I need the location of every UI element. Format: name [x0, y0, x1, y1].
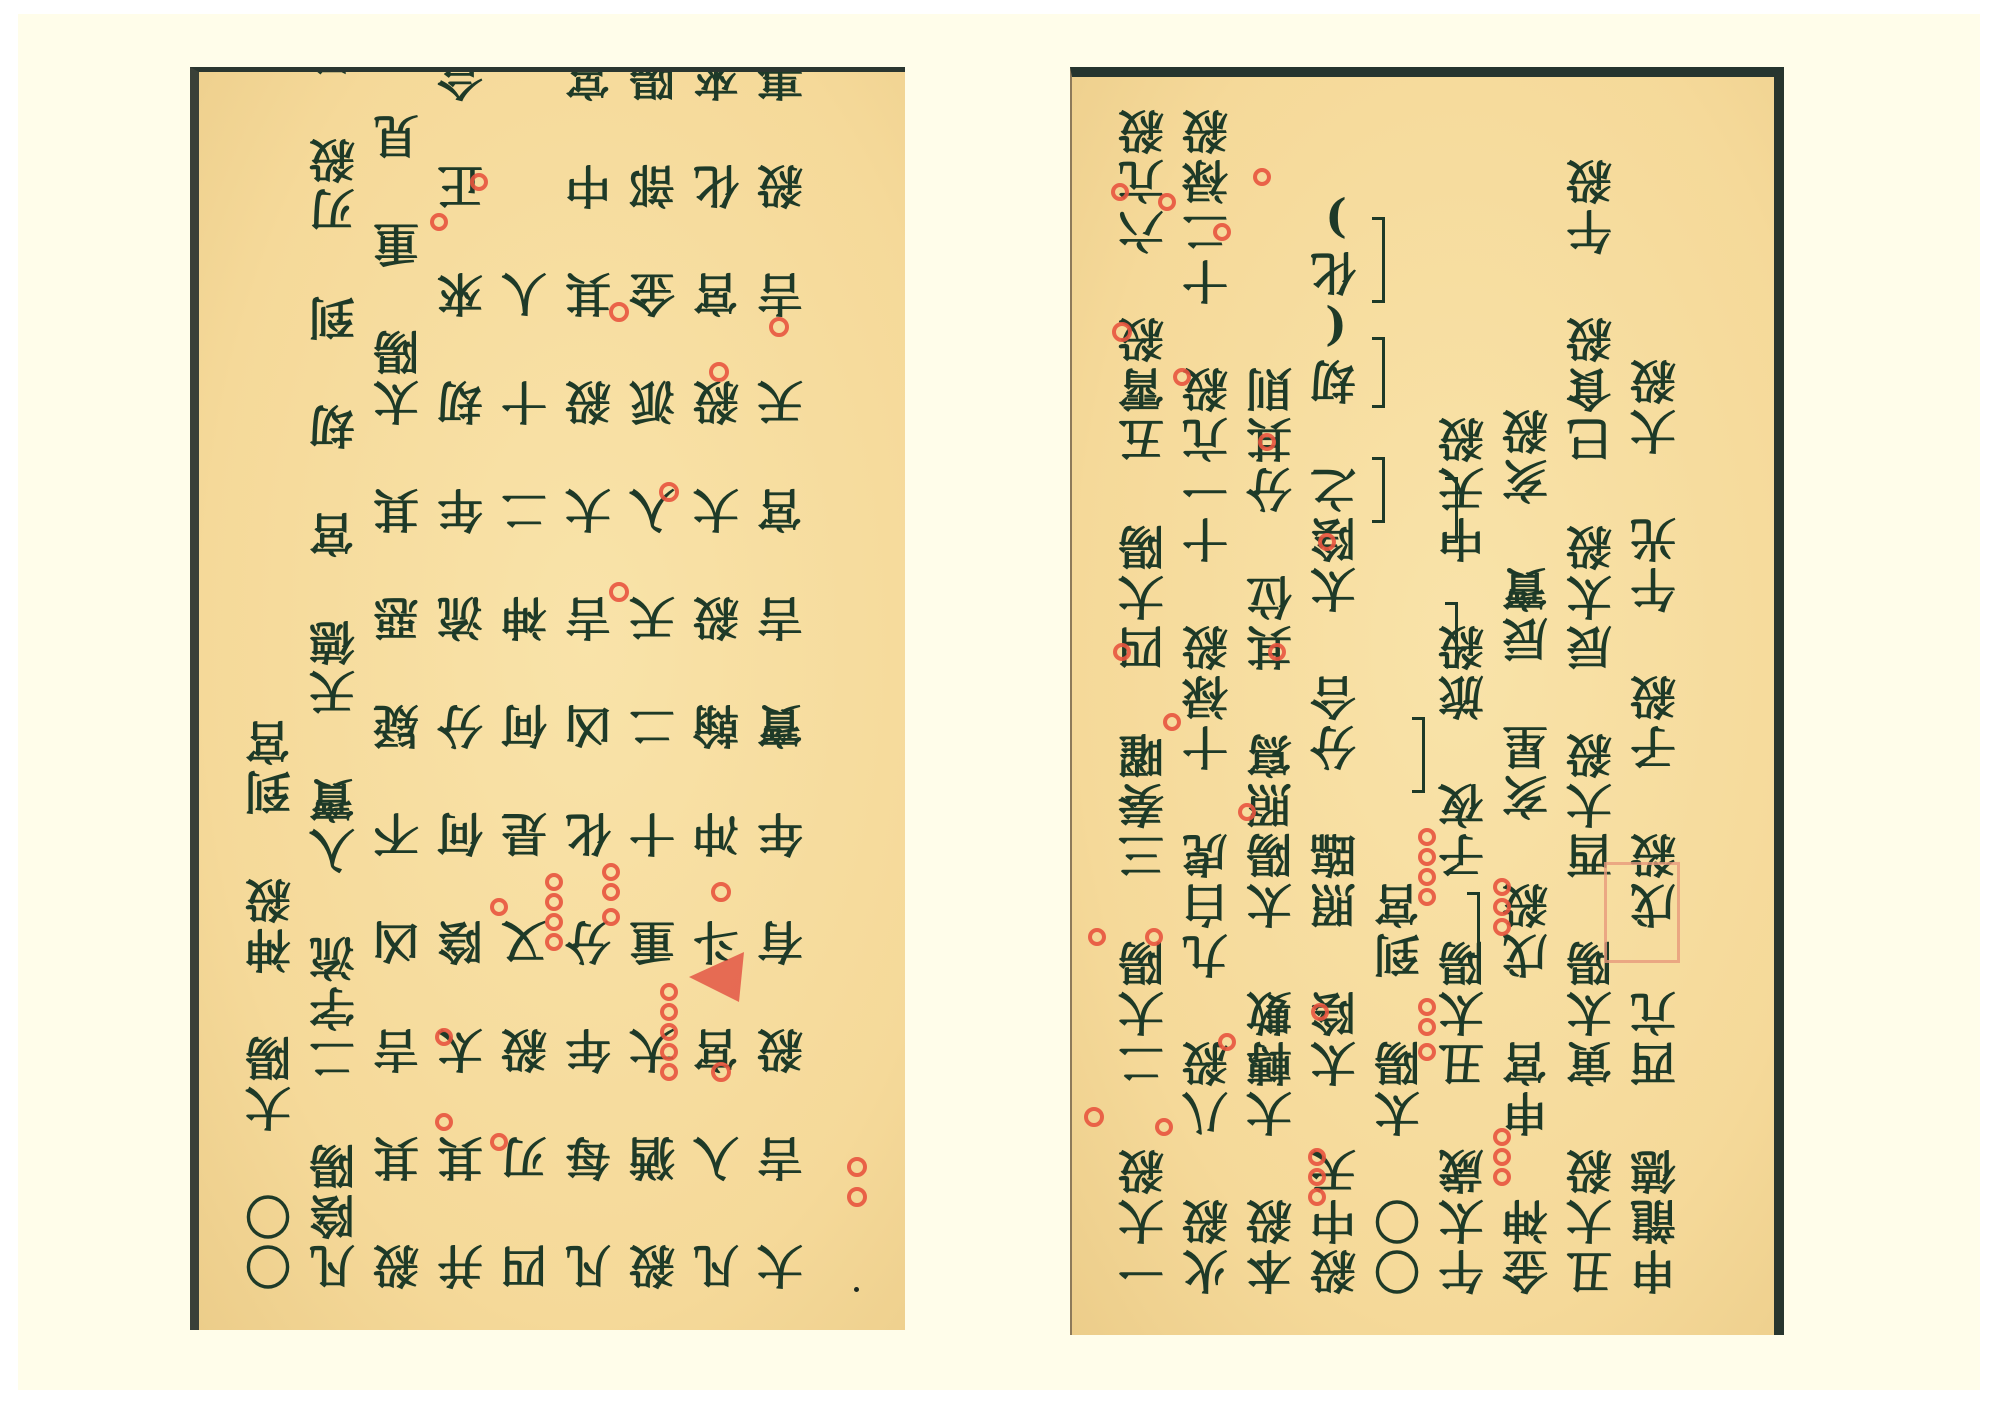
bracket-mark: [1467, 892, 1480, 958]
manuscript-page-left: 〇〇 大陽 神殺 到宮 凡陰陽 二字流 入寶 天德 宮 刧 到 刃殺 見 殺 其…: [190, 67, 905, 1330]
ink-dot: [854, 1287, 859, 1292]
bracket-mark: [1445, 477, 1458, 543]
bracket-mark: [1372, 457, 1385, 523]
bracket-mark: [1445, 602, 1458, 668]
red-circle-marks: [1072, 77, 1774, 1335]
red-circle-marks: [199, 72, 905, 1330]
manuscript-page-right: 一大殺 二大陽 三奏曜 四大陽 五霄殺 六亢殺 火殺 八殺 九白虎 十禄殺 十一…: [1070, 67, 1784, 1335]
bracket-mark: [1372, 337, 1385, 408]
bracket-mark: [1412, 717, 1425, 793]
bracket-mark: [1372, 217, 1385, 303]
